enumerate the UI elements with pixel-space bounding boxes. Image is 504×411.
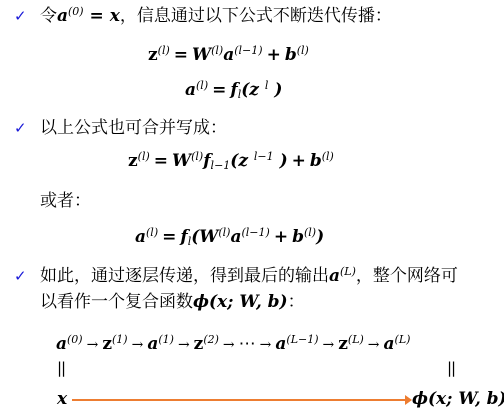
- arrow-icon: →: [319, 337, 339, 353]
- composite-function: ϕ(x; W, b): [193, 292, 288, 312]
- bullet-1-prefix: 令: [40, 6, 57, 26]
- equals-bars-left: ||: [57, 359, 65, 377]
- chain-output-phi: ϕ(x; W, b): [412, 388, 504, 410]
- checkmark-icon: ✓: [14, 117, 40, 139]
- arrow-icon: →: [219, 337, 239, 353]
- orange-arrow-icon: [72, 399, 406, 401]
- equation-combined-z: z(l)=W(l)fl−1(z l−1 )+b(l): [128, 150, 334, 172]
- bullet-1-math: a(0) = x: [57, 6, 120, 26]
- arrow-icon: →: [83, 337, 103, 353]
- bullet-3-line-2: 以看作一个复合函数ϕ(x; W, b)：: [40, 291, 305, 313]
- bullet-1: ✓令a(0) = x，信息通过以下公式不断迭代传播：: [14, 5, 392, 27]
- equation-a-l: a(l)=fl(z l ): [185, 79, 282, 101]
- checkmark-icon: ✓: [14, 5, 40, 27]
- arrow-icon: →: [364, 337, 384, 353]
- bullet-2: ✓以上公式也可合并写成：: [14, 117, 227, 139]
- bullet-2-text: 以上公式也可合并写成：: [40, 118, 227, 138]
- arrow-icon: →: [174, 337, 194, 353]
- chain-input-x: x: [57, 388, 67, 410]
- or-label: 或者：: [40, 190, 91, 212]
- bullet-3: ✓如此，通过逐层传递，得到最后的输出a(L)，整个网络可: [14, 265, 458, 287]
- bullet-1-suffix: ，信息通过以下公式不断迭代传播：: [120, 6, 392, 26]
- equals-bars-right: ||: [447, 359, 455, 377]
- checkmark-icon: ✓: [14, 265, 40, 287]
- arrow-icon: →: [256, 337, 276, 353]
- forward-chain: a(0)→z(1)→a(1)→z(2)→⋯→a(L−1)→z(L)→a(L): [56, 333, 410, 356]
- equation-z-l: z(l)=W(l)a(l−1)+b(l): [148, 44, 309, 66]
- equation-combined-a: a(l)=fl(W(l)a(l−1)+b(l)): [135, 226, 324, 248]
- arrow-icon: →: [128, 337, 148, 353]
